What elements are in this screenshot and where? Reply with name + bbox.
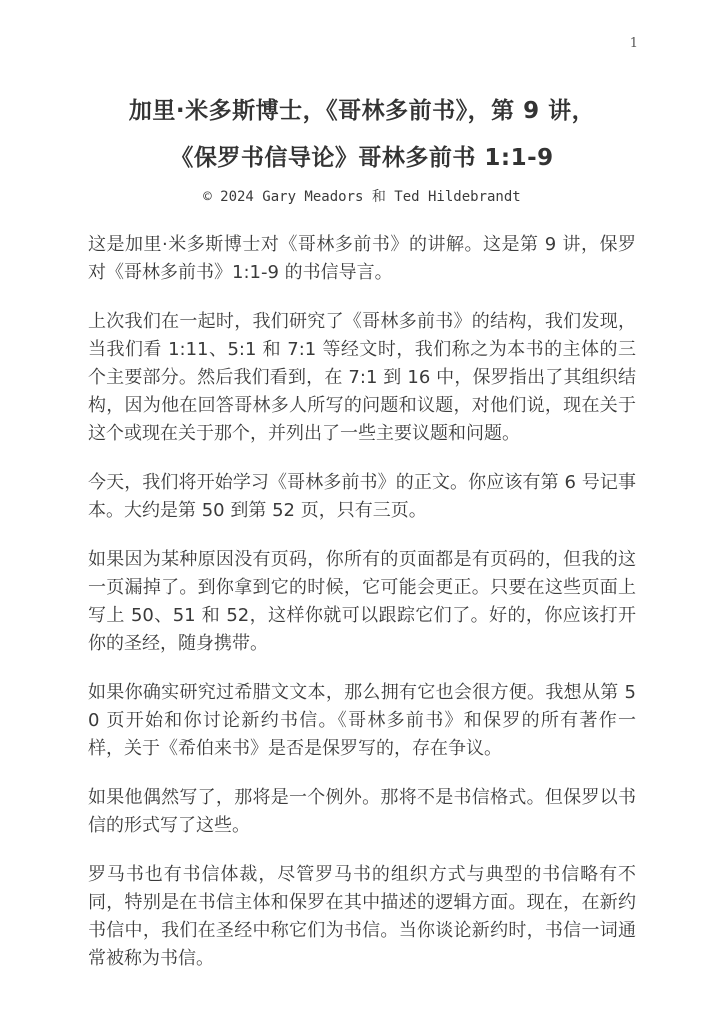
document-page: 1 加里·米多斯博士，《哥林多前书》，第 9 讲， 《保罗书信导论》哥林多前书 … [0, 0, 724, 1024]
paragraph-5: 如果你确实研究过希腊文文本，那么拥有它也会很方便。我想从第 50 页开始和你讨论… [88, 679, 636, 763]
paragraph-6: 如果他偶然写了，那将是一个例外。那将不是书信格式。但保罗以书信的形式写了这些。 [88, 784, 636, 840]
document-body: 这是加里·米多斯博士对《哥林多前书》的讲解。这是第 9 讲，保罗对《哥林多前书》… [88, 231, 636, 973]
title-line-1: 加里·米多斯博士，《哥林多前书》，第 9 讲， [60, 88, 664, 135]
document-title: 加里·米多斯博士，《哥林多前书》，第 9 讲， 《保罗书信导论》哥林多前书 1:… [60, 88, 664, 182]
paragraph-3: 今天，我们将开始学习《哥林多前书》的正文。你应该有第 6 号记事本。大约是第 5… [88, 469, 636, 525]
paragraph-2: 上次我们在一起时，我们研究了《哥林多前书》的结构，我们发现，当我们看 1:11、… [88, 308, 636, 448]
paragraph-7: 罗马书也有书信体裁，尽管罗马书的组织方式与典型的书信略有不同，特别是在书信主体和… [88, 861, 636, 973]
page-number: 1 [630, 36, 638, 52]
copyright-line: © 2024 Gary Meadors 和 Ted Hildebrandt [0, 187, 724, 207]
paragraph-4: 如果因为某种原因没有页码，你所有的页面都是有页码的，但我的这一页漏掉了。到你拿到… [88, 546, 636, 658]
paragraph-1: 这是加里·米多斯博士对《哥林多前书》的讲解。这是第 9 讲，保罗对《哥林多前书》… [88, 231, 636, 287]
title-line-2: 《保罗书信导论》哥林多前书 1:1-9 [60, 135, 664, 182]
